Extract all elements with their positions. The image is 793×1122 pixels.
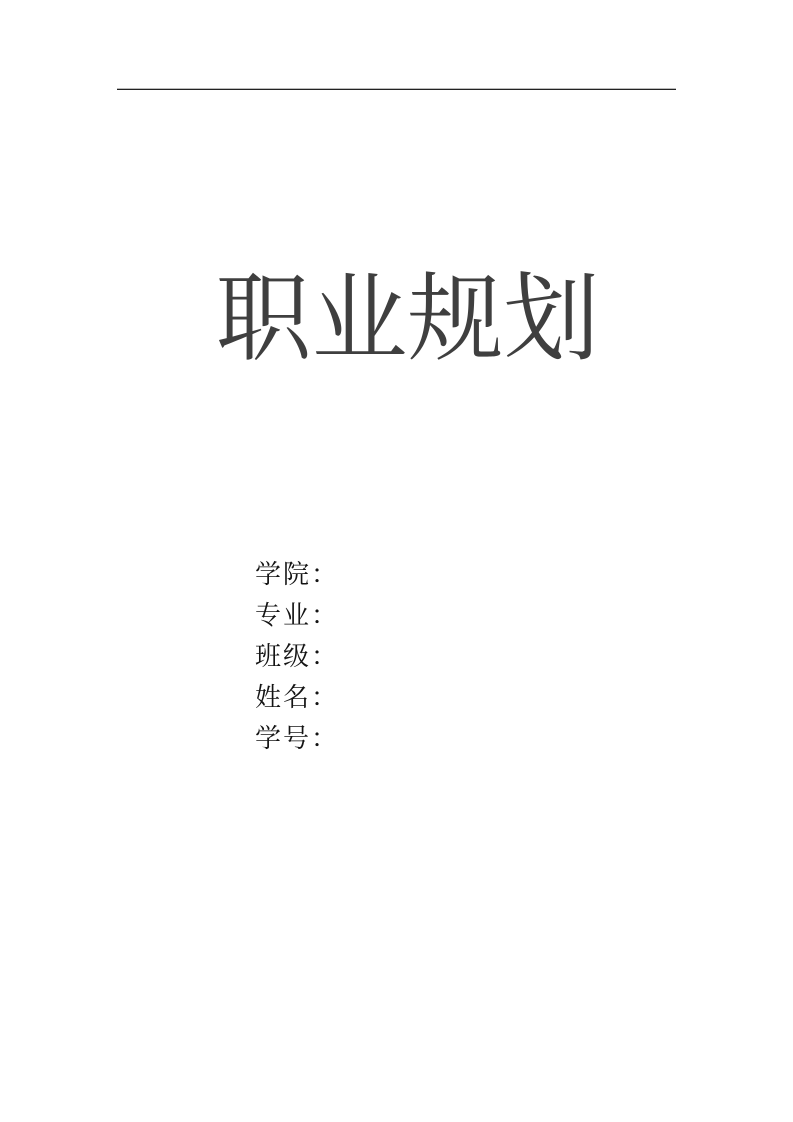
form-label-student-id: 学号： [255, 718, 555, 759]
form-label-college: 学院： [255, 554, 555, 595]
form-label-name: 姓名： [255, 677, 555, 718]
cover-form: 学院： 专业： 班级： 姓名： 学号： [255, 554, 555, 759]
header-rule [117, 88, 676, 90]
form-label-major: 专业： [255, 595, 555, 636]
document-page: 职业规划 学院： 专业： 班级： 姓名： 学号： [0, 0, 793, 1122]
form-label-class: 班级： [255, 636, 555, 677]
document-title: 职业规划 [117, 268, 676, 372]
